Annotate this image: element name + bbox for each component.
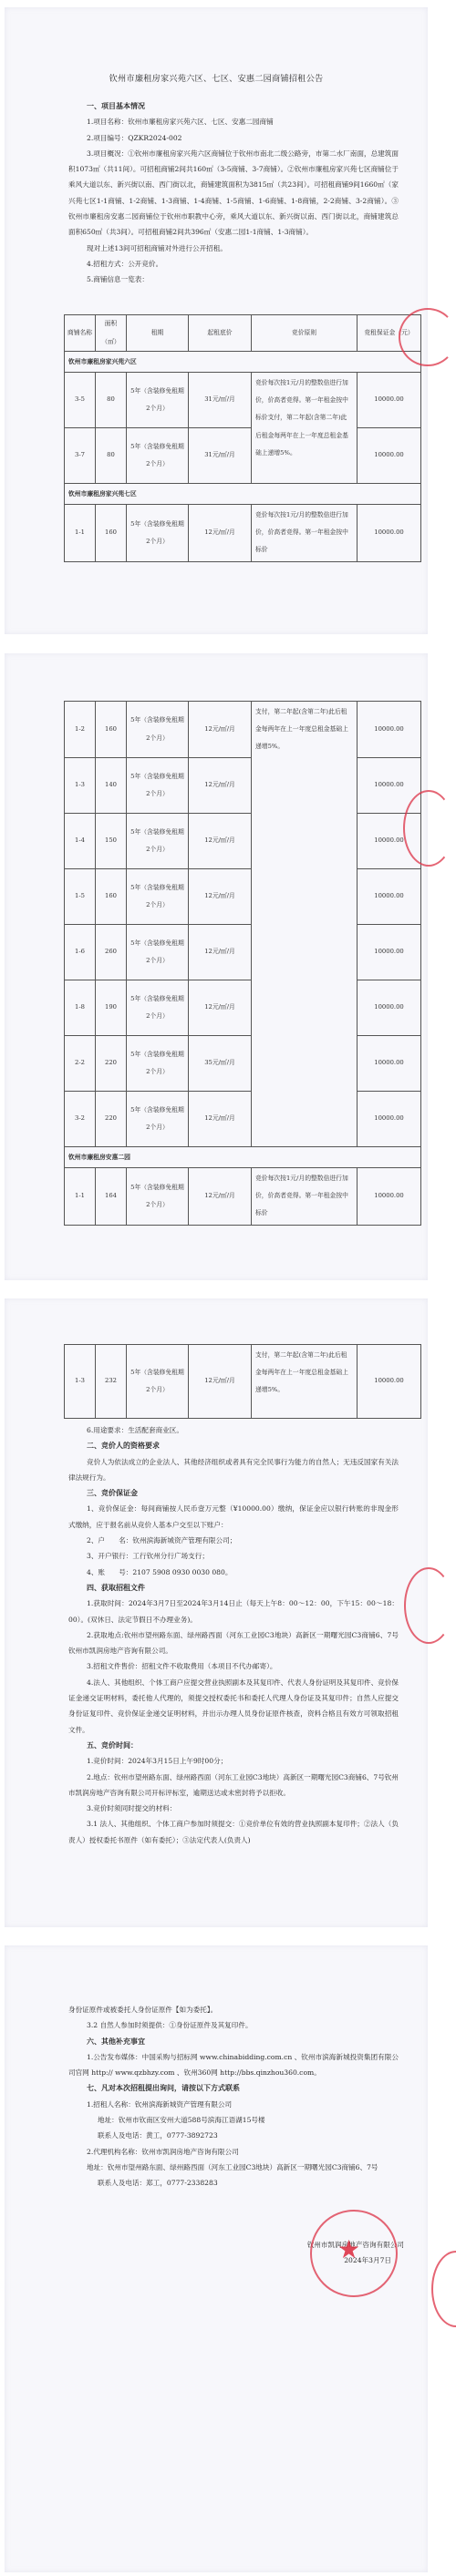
agent-contact: 联系人及电话：郑工，0777-2338283 (68, 2175, 399, 2191)
cell-area: 220 (96, 1036, 127, 1092)
cell-term: 5年（含装修免租期2个月） (127, 869, 189, 925)
section-5-heading: 五、竞价时间： (68, 1738, 399, 1753)
cell-area: 232 (96, 1345, 127, 1419)
bid-materials-individual: 3.2 自然人参加时须提供：①身份证原件及其复印件。 (68, 2017, 399, 2033)
agent-name: 2.代理机构名称：钦州市凯润房地产咨询有限公司 (68, 2144, 399, 2160)
cell-deposit: 10000.00 (358, 1092, 421, 1147)
cell-shop: 1-4 (65, 814, 96, 869)
section-7-heading: 七、凡对本次招租提出询问，请按以下方式联系 (68, 2080, 399, 2096)
cell-area: 80 (96, 373, 127, 428)
bidder-qualification: 竞价人为依法成立的企业法人、其他经济组织或者具有完全民事行为能力的自然人；无违反… (68, 1454, 399, 1486)
table-row: 1-8 190 5年（含装修免租期2个月） 12元/㎡/月 10000.00 (65, 980, 421, 1036)
cell-term: 5年（含装修免租期2个月） (127, 702, 189, 758)
cell-price: 12元/㎡/月 (189, 869, 252, 925)
table-header-row: 商铺名称 面积（㎡） 租期 起租底价 竞价原则 竞租保证金（元） (65, 315, 421, 352)
cell-deposit: 10000.00 (358, 869, 421, 925)
table-group-row: 钦州市廉租房家兴苑七区 (65, 484, 421, 505)
publication-media: 1.公告发布媒体：中国采购与招标网 www.chinabidding.com.c… (68, 2049, 399, 2081)
account-name: 2、户 名：钦州滨海新城资产管理有限公司； (68, 1533, 399, 1548)
cell-shop: 2-2 (65, 1036, 96, 1092)
group-name: 钦州市廉租房家兴苑六区 (65, 352, 421, 373)
cell-deposit: 10000.00 (358, 1168, 421, 1226)
group-name: 钦州市廉租房安惠二园 (65, 1147, 421, 1168)
project-overview-note: 现对上述13间可招租商铺对外进行公开招租。 (68, 241, 399, 256)
cell-area: 260 (96, 925, 127, 980)
sections-5-to-7: 身份证原件或被委托人身份证原件【如为委托】。 3.2 自然人参加时须提供：①身份… (68, 2002, 399, 2191)
company-seal-partial (404, 1567, 453, 1644)
table-row: 1-3 140 5年（含装修免租期2个月） 12元/㎡/月 10000.00 (65, 758, 421, 814)
cell-term: 5年（含装修免租期2个月） (127, 1092, 189, 1147)
table-row: 3-5 80 5年（含装修免租期2个月） 31元/㎡/月 竞价每次按1元/月的整… (65, 373, 421, 428)
document-title: 钦州市廉租房家兴苑六区、七区、安惠二园商铺招租公告 (5, 71, 428, 84)
project-overview: 3.项目概况：①钦州市廉租房家兴苑六区商铺位于钦州市南北二级公路旁，市第二水厂南… (68, 146, 399, 241)
cell-area: 190 (96, 980, 127, 1036)
cell-term: 5年（含装修免租期2个月） (127, 1036, 189, 1092)
cell-shop: 3-7 (65, 428, 96, 484)
obtain-time: 1.获取时间：2024年3月7日至2024年3月14日止（每天上午8：00～12… (68, 1596, 399, 1627)
cell-term: 5年（含装修免租期2个月） (127, 980, 189, 1036)
table-row: 3-2 220 5年（含装修免租期2个月） 12元/㎡/月 10000.00 (65, 1092, 421, 1147)
section-1: 一、项目基本情况 1.项目名称：钦州市廉租房家兴苑六区、七区、安惠二园商铺 2.… (68, 98, 399, 288)
cell-term: 5年（含装修免租期2个月） (127, 373, 189, 428)
account-number: 4、账 号：2107 5908 0930 0030 080。 (68, 1565, 399, 1580)
leasing-method: 4.招租方式：公开竞价。 (68, 256, 399, 272)
lessor-contact: 联系人及电话：黄工，0777-3892723 (68, 2128, 399, 2143)
cell-price: 12元/㎡/月 (189, 758, 252, 814)
cell-term: 5年（含装修免租期2个月） (127, 925, 189, 980)
cell-deposit: 10000.00 (358, 373, 421, 428)
header-shop-name: 商铺名称 (65, 315, 96, 352)
document-fee: 3.招租文件售价：招租文件不收取费用（本项目不代办邮寄）。 (68, 1658, 399, 1674)
cell-deposit: 10000.00 (358, 1345, 421, 1419)
table-row: 2-2 220 5年（含装修免租期2个月） 35元/㎡/月 10000.00 (65, 1036, 421, 1092)
cell-shop: 1-1 (65, 505, 96, 562)
cell-term: 5年（含装修免租期2个月） (127, 814, 189, 869)
cell-bid-rule: 竞价每次按1元/月的整数倍进行加价，价高者竞得。第一年租金按中标价 (252, 505, 358, 562)
cell-deposit: 10000.00 (358, 505, 421, 562)
table-row: 1-6 260 5年（含装修免租期2个月） 12元/㎡/月 10000.00 (65, 925, 421, 980)
cell-area: 164 (96, 1168, 127, 1226)
company-seal-partial (403, 790, 454, 867)
table-row: 1-3 232 5年（含装修免租期2个月） 12元/㎡/月 支付，第二年起(含第… (65, 1345, 421, 1419)
table-row: 1-1 160 5年（含装修免租期2个月） 12元/㎡/月 竞价每次按1元/月的… (65, 505, 421, 562)
cell-price: 12元/㎡/月 (189, 505, 252, 562)
cell-shop: 1-3 (65, 1345, 96, 1419)
bid-materials-continued: 身份证原件或被委托人身份证原件【如为委托】。 (68, 2002, 399, 2017)
table-group-row: 钦州市廉租房家兴苑六区 (65, 352, 421, 373)
document-page-4: 身份证原件或被委托人身份证原件【如为委托】。 3.2 自然人参加时须提供：①身份… (5, 1945, 428, 2572)
bid-materials-label: 3.竞价时须同时提交的材料： (68, 1801, 399, 1816)
bid-location: 2.地点：钦州市望州路东面、绿州路西面（河东工业园C3地块）高新区一期曙光园C3… (68, 1770, 399, 1801)
cell-bid-rule: 竞价每次按1元/月的整数倍进行加价，价高者竞得。第一年租金按中标价支付，第二年起… (252, 373, 358, 484)
cell-price: 12元/㎡/月 (189, 980, 252, 1036)
cell-deposit: 10000.00 (358, 1036, 421, 1092)
cell-term: 5年（含装修免租期2个月） (127, 1345, 189, 1419)
header-base-price: 起租底价 (189, 315, 252, 352)
obtain-location: 2.获取地点:钦州市望州路东面、绿州路西面（河东工业园C3地块）高新区一期曙光园… (68, 1627, 399, 1659)
seal-star-icon: ★ (337, 2237, 360, 2263)
agent-address: 地址：钦州市望州路东面、绿州路西面（河东工业园C3地块）高新区一期曙光园C3商铺… (68, 2160, 399, 2175)
cell-price: 12元/㎡/月 (189, 1168, 252, 1226)
deposit-amount: 1、竞价保证金：每间商铺按人民币壹万元整（¥10000.00）缴纳，保证金应以银… (68, 1501, 399, 1533)
cell-price: 12元/㎡/月 (189, 925, 252, 980)
table-row: 1-1 164 5年（含装修免租期2个月） 12元/㎡/月 竞价每次按1元/月的… (65, 1168, 421, 1226)
section-6-heading: 六、其他补充事宜 (68, 2034, 399, 2049)
cell-price: 12元/㎡/月 (189, 1092, 252, 1147)
cell-price: 12元/㎡/月 (189, 1345, 252, 1419)
cell-price: 35元/㎡/月 (189, 1036, 252, 1092)
shop-info-table-continued: 1-2 160 5年（含装修免租期2个月） 12元/㎡/月 支付，第二年起(含第… (64, 701, 421, 1226)
cell-shop: 3-5 (65, 373, 96, 428)
shop-info-table-end: 1-3 232 5年（含装修免租期2个月） 12元/㎡/月 支付，第二年起(含第… (64, 1344, 421, 1419)
sections-2-to-5: 6.用途要求：生活配套商业区。 二、竞价人的资格要求 竞价人为依法成立的企业法人… (68, 1422, 399, 1848)
cell-area: 80 (96, 428, 127, 484)
project-number: 2.项目编号：QZKR2024-002 (68, 130, 399, 146)
document-page-3: 1-3 232 5年（含装修免租期2个月） 12元/㎡/月 支付，第二年起(含第… (5, 1298, 428, 1927)
usage-requirement: 6.用途要求：生活配套商业区。 (68, 1422, 399, 1438)
cell-term: 5年（含装修免租期2个月） (127, 1168, 189, 1226)
header-area: 面积（㎡） (96, 315, 127, 352)
lessor-address: 地址：钦州市钦南区安州大道588号滨海江语湖15号楼 (68, 2112, 399, 2128)
lessor-name: 1.招租人名称：钦州滨海新城资产管理有限公司 (68, 2097, 399, 2112)
cell-area: 160 (96, 702, 127, 758)
group-name: 钦州市廉租房家兴苑七区 (65, 484, 421, 505)
company-seal-partial (431, 2251, 456, 2327)
cell-shop: 1-5 (65, 869, 96, 925)
cell-shop: 3-2 (65, 1092, 96, 1147)
cell-shop: 1-2 (65, 702, 96, 758)
cell-bid-rule: 竞价每次按1元/月的整数倍进行加价，价高者竞得。第一年租金按中标价 (252, 1168, 358, 1226)
bid-time: 1.竞价时间：2024年3月15日上午9时00分； (68, 1753, 399, 1769)
cell-area: 140 (96, 758, 127, 814)
cell-price: 31元/㎡/月 (189, 373, 252, 428)
bank-name: 3、开户银行：工行钦州分行广场支行； (68, 1548, 399, 1564)
cell-price: 12元/㎡/月 (189, 814, 252, 869)
shop-info-table: 商铺名称 面积（㎡） 租期 起租底价 竞价原则 竞租保证金（元） 钦州市廉租房家… (64, 314, 421, 562)
shop-list-label: 5.商铺信息一览表： (68, 272, 399, 287)
header-term: 租期 (127, 315, 189, 352)
cell-area: 160 (96, 505, 127, 562)
cell-shop: 1-6 (65, 925, 96, 980)
cell-shop: 1-1 (65, 1168, 96, 1226)
cell-bid-rule: 支付，第二年起(含第二年)此后租金每两年在上一年度总租金基础上递增5%。 (252, 1345, 358, 1419)
section-2-heading: 二、竞价人的资格要求 (68, 1438, 399, 1453)
cell-deposit: 10000.00 (358, 428, 421, 484)
cell-area: 220 (96, 1092, 127, 1147)
cell-deposit: 10000.00 (358, 980, 421, 1036)
table-row: 1-4 150 5年（含装修免租期2个月） 12元/㎡/月 10000.00 (65, 814, 421, 869)
document-page-2: 1-2 160 5年（含装修免租期2个月） 12元/㎡/月 支付，第二年起(含第… (5, 653, 428, 1280)
cell-price: 31元/㎡/月 (189, 428, 252, 484)
table-group-row: 钦州市廉租房安惠二园 (65, 1147, 421, 1168)
section-4-heading: 四、获取招租文件 (68, 1580, 399, 1596)
cell-bid-rule: 支付，第二年起(含第二年)此后租金每两年在上一年度总租金基础上递增5%。 (252, 702, 358, 1147)
cell-price: 12元/㎡/月 (189, 702, 252, 758)
document-page-1: 钦州市廉租房家兴苑六区、七区、安惠二园商铺招租公告 一、项目基本情况 1.项目名… (5, 7, 428, 634)
cell-area: 160 (96, 869, 127, 925)
cell-shop: 1-3 (65, 758, 96, 814)
section-1-heading: 一、项目基本情况 (68, 98, 399, 114)
cell-area: 150 (96, 814, 127, 869)
header-bid-rule: 竞价原则 (252, 315, 358, 352)
section-3-heading: 三、竞价保证金 (68, 1485, 399, 1501)
cell-deposit: 10000.00 (358, 925, 421, 980)
cell-term: 5年（含装修免租期2个月） (127, 428, 189, 484)
project-name: 1.项目名称：钦州市廉租房家兴苑六区、七区、安惠二园商铺 (68, 114, 399, 129)
cell-deposit: 10000.00 (358, 702, 421, 758)
company-seal-partial (399, 308, 456, 366)
required-documents: 4.法人、其他组织、个体工商户应提交营业执照副本及其复印件、代表人身份证明及其复… (68, 1675, 399, 1738)
cell-term: 5年（含装修免租期2个月） (127, 505, 189, 562)
table-row: 3-7 80 5年（含装修免租期2个月） 31元/㎡/月 10000.00 (65, 428, 421, 484)
cell-term: 5年（含装修免租期2个月） (127, 758, 189, 814)
bid-materials-legal-entity: 3.1 法人、其他组织、个体工商户参加时须提交：①竞价单位有效的营业执照副本复印… (68, 1816, 399, 1848)
table-row: 1-2 160 5年（含装修免租期2个月） 12元/㎡/月 支付，第二年起(含第… (65, 702, 421, 758)
table-row: 1-5 160 5年（含装修免租期2个月） 12元/㎡/月 10000.00 (65, 869, 421, 925)
cell-shop: 1-8 (65, 980, 96, 1036)
